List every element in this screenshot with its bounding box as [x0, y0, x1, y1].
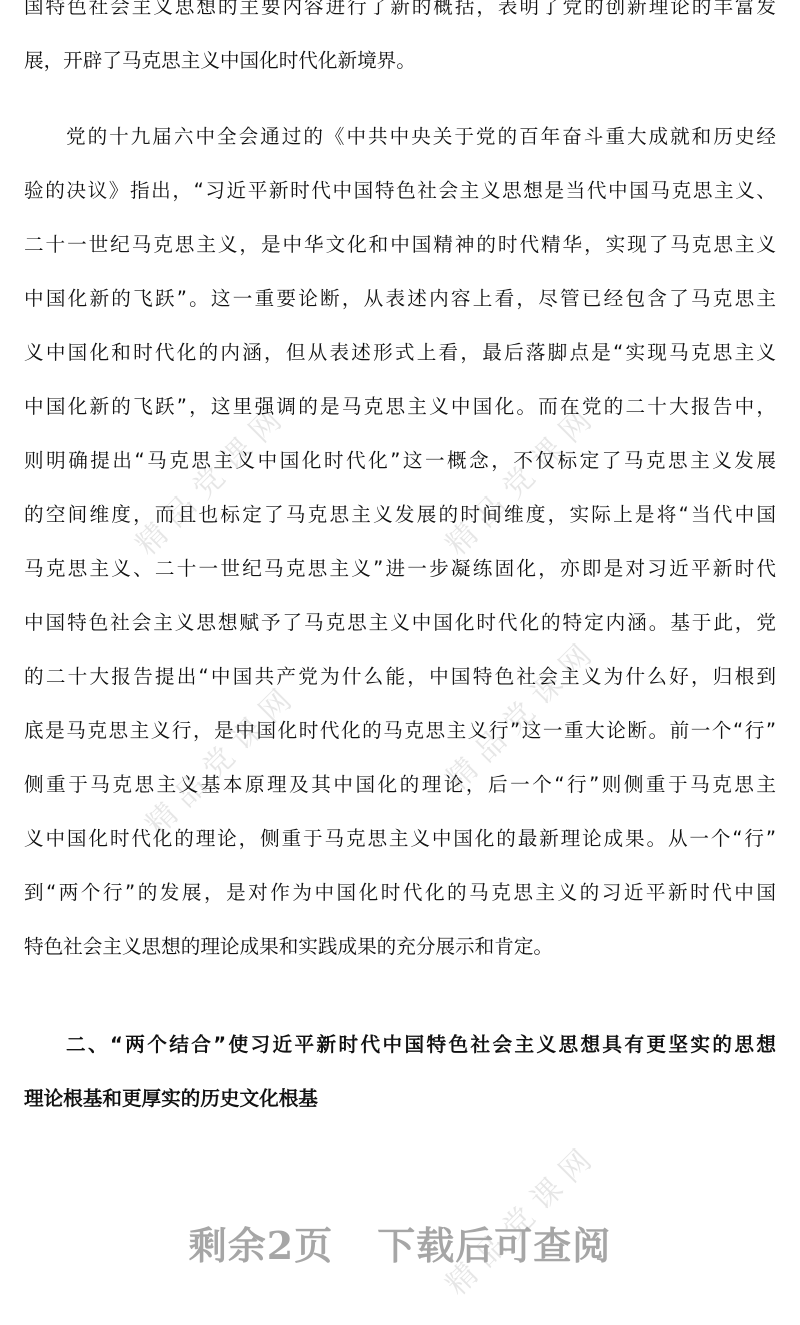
- section-heading-line: 理论根基和更厚实的历史文化根基: [24, 1084, 776, 1114]
- document-page: 精品党课网 精品党课网 精品党课网 精品党课网 精品党课网 国特色社会主义思想的…: [0, 0, 800, 1325]
- paragraph-line: 侧重于马克思主义基本原理及其中国化的理论，后一个“行”则侧重于马克思主: [24, 770, 776, 800]
- paragraph-line: 中国化新的飞跃”，这里强调的是马克思主义中国化。而在党的二十大报告中，: [24, 392, 776, 422]
- paragraph-line: 的二十大报告提出“中国共产党为什么能，中国特色社会主义为什么好，归根到: [24, 662, 776, 692]
- download-to-read-text[interactable]: 下载后可查阅: [377, 1223, 611, 1268]
- paragraph-line: 二十一世纪马克思主义，是中华文化和中国精神的时代精华，实现了马克思主义: [24, 230, 776, 260]
- paragraph-line: 中国化新的飞跃”。这一重要论断，从表述内容上看，尽管已经包含了马克思主: [24, 284, 776, 314]
- paragraph-line: 特色社会主义思想的理论成果和实践成果的充分展示和肯定。: [24, 932, 776, 962]
- watermark: 精品党课网: [434, 1131, 607, 1304]
- paragraph-line: 中国特色社会主义思想赋予了马克思主义中国化时代化的特定内涵。基于此，党: [24, 608, 776, 638]
- pages-left-text: 剩余2页: [189, 1223, 333, 1268]
- paragraph-line: 党的十九届六中全会通过的《中共中央关于党的百年奋斗重大成就和历史经: [66, 122, 776, 152]
- paragraph-line: 义中国化和时代化的内涵，但从表述形式上看，最后落脚点是“实现马克思主义: [24, 338, 776, 368]
- paragraph-line: 则明确提出“马克思主义中国化时代化”这一概念，不仅标定了马克思主义发展: [24, 446, 776, 476]
- paragraph-line: 验的决议》指出，“习近平新时代中国特色社会主义思想是当代中国马克思主义、: [24, 176, 776, 206]
- watermark: 精品党课网: [134, 671, 307, 844]
- paragraph-line: 的空间维度，而且也标定了马克思主义发展的时间维度，实际上是将“当代中国: [24, 500, 776, 530]
- remaining-pages-notice: 剩余2页下载后可查阅: [0, 1218, 800, 1274]
- section-heading-line: 二、“两个结合”使习近平新时代中国特色社会主义思想具有更坚实的思想: [66, 1030, 776, 1060]
- paragraph-line: 义中国化时代化的理论，侧重于马克思主义中国化的最新理论成果。从一个“行”: [24, 824, 776, 854]
- paragraph-line: 到“两个行”的发展，是对作为中国化时代化的马克思主义的习近平新时代中国: [24, 878, 776, 908]
- paragraph-line: 展，开辟了马克思主义中国化时代化新境界。: [24, 46, 776, 76]
- paragraph-line: 底是马克思主义行，是中国化时代化的马克思主义行”这一重大论断。前一个“行”: [24, 716, 776, 746]
- paragraph-line: 国特色社会主义思想的主要内容进行了新的概括，表明了党的创新理论的丰富发: [24, 0, 776, 22]
- paragraph-line: 马克思主义、二十一世纪马克思主义”进一步凝练固化，亦即是对习近平新时代: [24, 554, 776, 584]
